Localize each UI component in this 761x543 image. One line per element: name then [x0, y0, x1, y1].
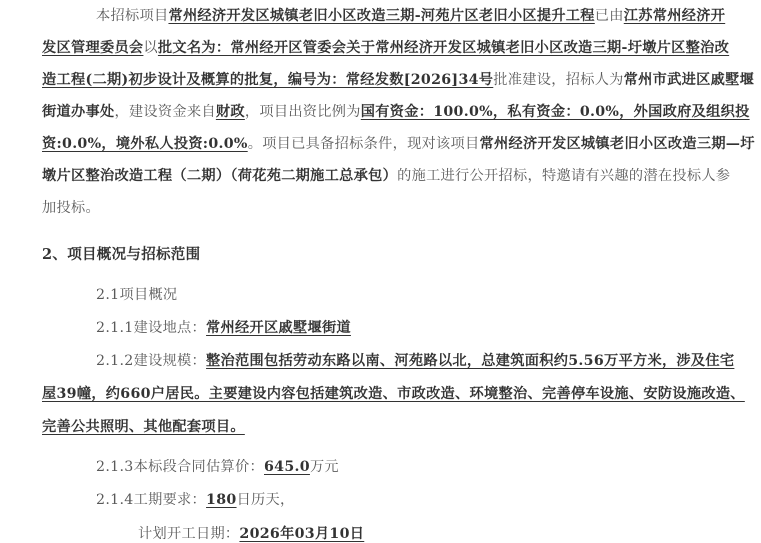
section-heading: 2、项目概况与招标范围: [42, 245, 200, 265]
duration: 2.1.4工期要求：180日历天，: [96, 490, 295, 510]
construction-scale-1: 2.1.2建设规模：整治范围包括劳动东路以南、河苑路以北，总建筑面积约5.56万…: [96, 351, 734, 371]
text: ，建设资金来自: [114, 104, 215, 120]
intro-line-6: 墩片区整治改造工程（二期）（荷花苑二期施工总承包）的施工进行公开招标，特邀请有兴…: [42, 166, 730, 186]
text: 以: [143, 40, 158, 56]
unit: 日历天，: [237, 492, 295, 508]
contract-estimate: 2.1.3本标段合同估算价：645.0万元: [96, 457, 339, 477]
text: 。项目已具备招标条件，现对该项目: [248, 136, 480, 152]
project-name: 常州经济开发区城镇老旧小区改造三期-河苑片区老旧小区提升工程: [168, 8, 594, 24]
text: 已由: [595, 8, 624, 24]
construction-scale-2: 屋39幢，约660户居民。主要建设内容包括建筑改造、市政改造、环境整治、完善停车…: [42, 384, 745, 404]
tenderer: 常州市武进区戚墅堰: [624, 72, 754, 88]
text: 加投标。: [42, 200, 100, 216]
intro-line-5: 资:0.0%，境外私人投资:0.0%。项目已具备招标条件，现对该项目常州经济开发…: [42, 134, 755, 154]
value: 屋39幢，约660户居民。主要建设内容包括建筑改造、市政改造、环境整治、完善停车…: [42, 386, 745, 402]
intro-line-4: 街道办事处，建设资金来自财政，项目出资比例为国有资金：100.0%，私有资金：0…: [42, 102, 750, 122]
approver: 发区管理委员会: [42, 40, 143, 56]
funding-ratio: 资:0.0%，境外私人投资:0.0%: [42, 136, 248, 152]
label: 2.1.3本标段合同估算价：: [96, 459, 264, 475]
funding-source: 财政: [216, 104, 245, 120]
value: 常州经开区戚墅堰街道: [206, 320, 351, 336]
text: 批准建设，招标人为: [493, 72, 623, 88]
text: 本招标项目: [96, 8, 168, 24]
intro-line-1: 本招标项目常州经济开发区城镇老旧小区改造三期-河苑片区老旧小区提升工程已由江苏常…: [96, 6, 725, 26]
unit: 万元: [310, 459, 339, 475]
value: 645.0: [264, 459, 310, 475]
subsection-2-1: 2.1项目概况: [96, 285, 177, 305]
tenderer: 街道办事处: [42, 104, 114, 120]
value: 整治范围包括劳动东路以南、河苑路以北，总建筑面积约5.56万平方米，涉及住宅: [206, 353, 734, 369]
label: 计划开工日期：: [138, 526, 239, 542]
label: 2.1.2建设规模：: [96, 353, 206, 369]
intro-line-2: 发区管理委员会以批文名为：常州经开区管委会关于常州经济开发区城镇老旧小区改造三期…: [42, 38, 729, 58]
text: ，项目出资比例为: [245, 104, 361, 120]
construction-site: 2.1.1建设地点：常州经开区戚墅堰街道: [96, 318, 351, 338]
value: 完善公共照明、其他配套项目。: [42, 419, 245, 435]
text: 的施工进行公开招标，特邀请有兴趣的潜在投标人参: [397, 168, 730, 184]
value: 2026年03月10日: [239, 526, 364, 542]
label: 2.1.1建设地点：: [96, 320, 206, 336]
funding-ratio: 国有资金：100.0%，私有资金：0.0%，外国政府及组织投: [361, 104, 750, 120]
construction-scale-3: 完善公共照明、其他配套项目。: [42, 417, 245, 437]
start-date: 计划开工日期：2026年03月10日: [138, 524, 364, 543]
project-name: 墩片区整治改造工程（二期）（荷花苑二期施工总承包）: [42, 168, 397, 184]
intro-line-7: 加投标。: [42, 198, 100, 218]
value: 180: [206, 492, 237, 508]
approval-doc: 批文名为：常州经开区管委会关于常州经济开发区城镇老旧小区改造三期-圩墩片区整治改: [158, 40, 729, 56]
approver: 江苏常州经济开: [624, 8, 725, 24]
approval-number: 造工程(二期)初步设计及概算的批复，编号为：常经发数[2026]34号: [42, 72, 493, 88]
label: 2.1.4工期要求：: [96, 492, 206, 508]
intro-line-3: 造工程(二期)初步设计及概算的批复，编号为：常经发数[2026]34号批准建设，…: [42, 70, 754, 90]
project-name: 常州经济开发区城镇老旧小区改造三期—圩: [480, 136, 755, 152]
